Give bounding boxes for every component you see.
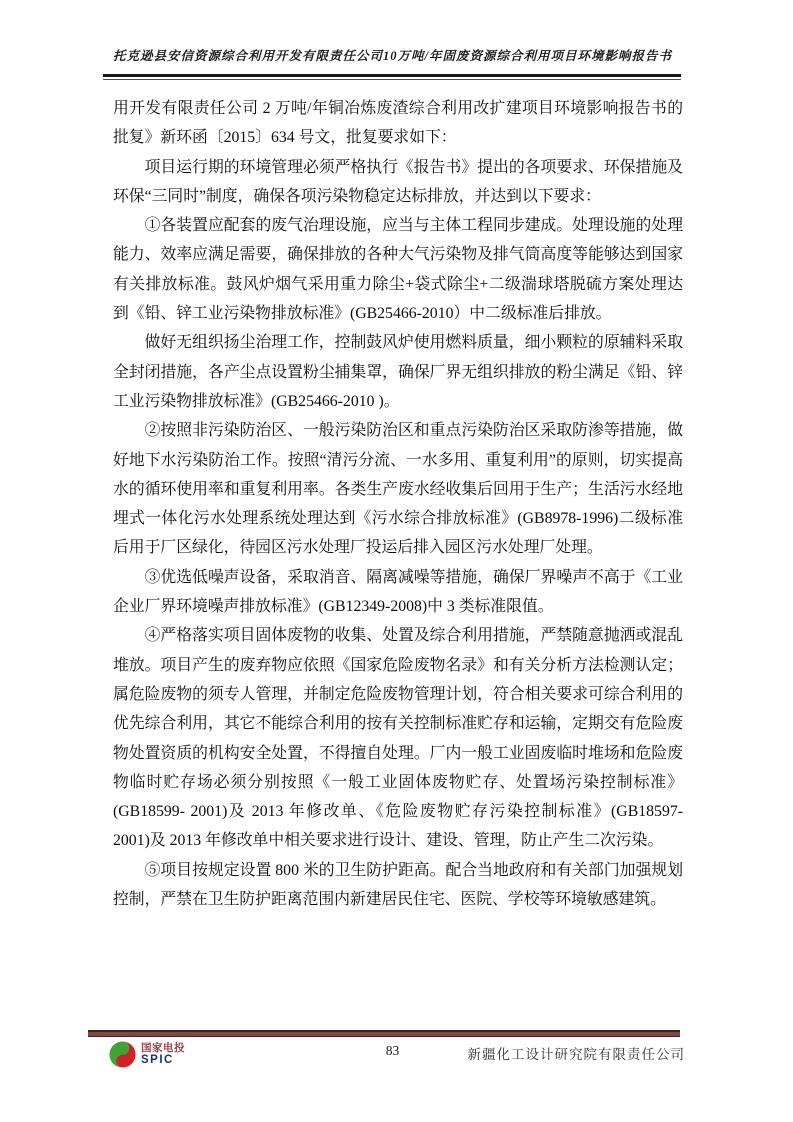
paragraph: 做好无组织扬尘治理工作，控制鼓风炉使用燃料质量，细小颗粒的原辅料采取全封闭措施，…: [113, 328, 683, 416]
paragraph: ①各装置应配套的废气治理设施，应当与主体工程同步建成。处理设施的处理能力、效率应…: [113, 211, 683, 328]
header-title: 托克逊县安信资源综合利用开发有限责任公司10万吨/年固废资源综合利用项目环境影响…: [100, 46, 685, 64]
header-rule: [103, 74, 681, 80]
footer-company: 新疆化工设计研究院有限责任公司: [468, 1043, 686, 1063]
paragraph: ②按照非污染防治区、一般污染防治区和重点污染防治区采取防渗等措施，做好地下水污染…: [113, 416, 683, 562]
footer-rule: [88, 1030, 680, 1037]
document-body: 用开发有限责任公司 2 万吨/年铜冶炼废渣综合利用改扩建项目环境影响报告书的批复…: [113, 94, 683, 914]
paragraph: 用开发有限责任公司 2 万吨/年铜冶炼废渣综合利用改扩建项目环境影响报告书的批复…: [113, 94, 683, 153]
page-header: 托克逊县安信资源综合利用开发有限责任公司10万吨/年固废资源综合利用项目环境影响…: [100, 46, 685, 64]
page-footer: 国家电投 SPIC 83 新疆化工设计研究院有限责任公司: [100, 1040, 685, 1086]
paragraph: ④严格落实项目固体废物的收集、处置及综合利用措施，严禁随意抛洒或混乱堆放。项目产…: [113, 621, 683, 855]
document-page: 托克逊县安信资源综合利用开发有限责任公司10万吨/年固废资源综合利用项目环境影响…: [0, 0, 793, 1122]
paragraph: ③优选低噪声设备，采取消音、隔离减噪等措施，确保厂界噪声不高于《工业企业厂界环境…: [113, 563, 683, 622]
paragraph: 项目运行期的环境管理必须严格执行《报告书》提出的各项要求、环保措施及环保“三同时…: [113, 153, 683, 212]
paragraph: ⑤项目按规定设置 800 米的卫生防护距高。配合当地政府和有关部门加强规划控制，…: [113, 856, 683, 915]
